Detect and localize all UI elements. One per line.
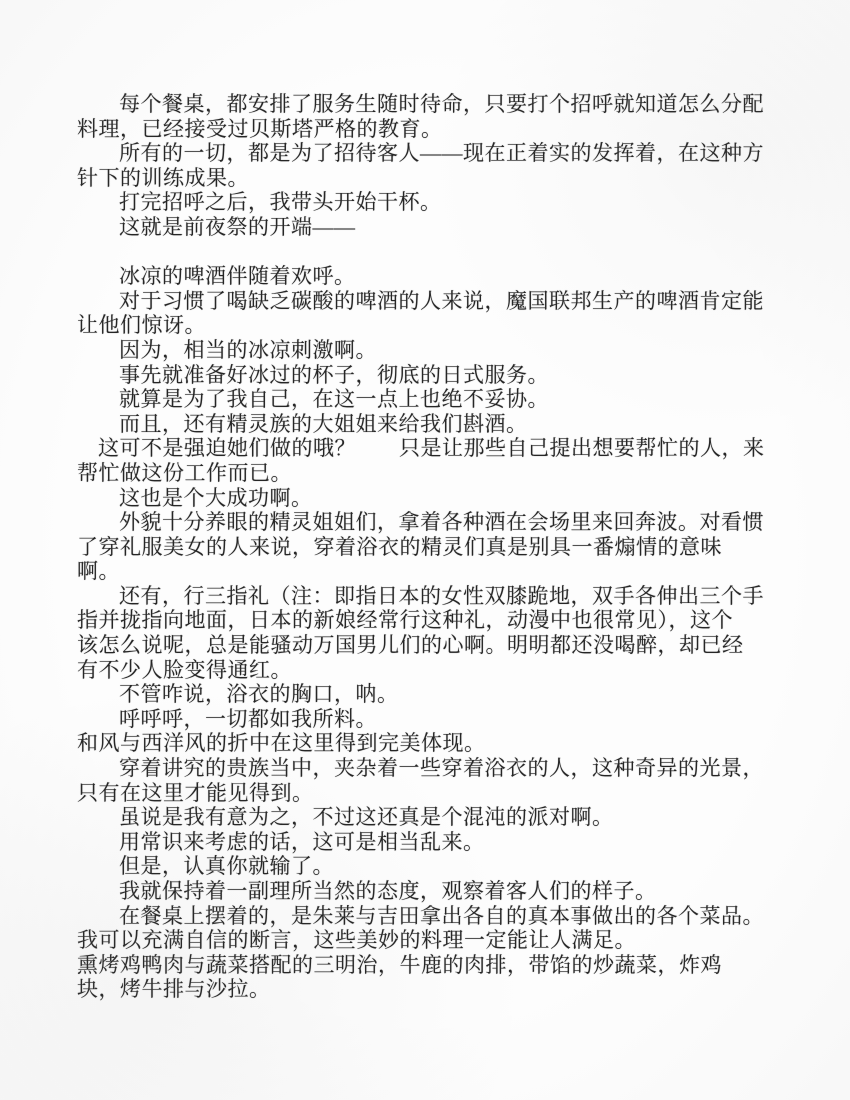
text-line: 料理，已经接受过贝斯塔严格的教育。 — [77, 117, 777, 142]
text-line: 冰凉的啤酒伴随着欢呼。 — [77, 264, 777, 289]
text-line: 我可以充满自信的断言，这些美妙的料理一定能让人满足。 — [77, 928, 777, 953]
text-line: 了穿礼服美女的人来说，穿着浴衣的精灵们真是别具一番煽情的意味 — [77, 535, 777, 560]
novel-text-column: 每个餐桌，都安排了服务生随时待命，只要打个招呼就知道怎么分配料理，已经接受过贝斯… — [77, 92, 777, 1002]
text-line: 这可不是强迫她们做的哦？ 只是让那些自己提出想要帮忙的人，来 — [77, 436, 777, 461]
text-line: 针下的训练成果。 — [77, 166, 777, 191]
text-line: 该怎么说呢，总是能骚动万国男儿们的心啊。明明都还没喝醉，却已经 — [77, 633, 777, 658]
text-line: 但是，认真你就输了。 — [77, 854, 777, 879]
text-line: 块，烤牛排与沙拉。 — [77, 977, 777, 1002]
text-line: 穿着讲究的贵族当中，夹杂着一些穿着浴衣的人，这种奇异的光景， — [77, 756, 777, 781]
text-line: 帮忙做这份工作而已。 — [77, 461, 777, 486]
text-line: 所有的一切，都是为了招待客人——现在正着实的发挥着，在这种方 — [77, 141, 777, 166]
scanned-page: 每个餐桌，都安排了服务生随时待命，只要打个招呼就知道怎么分配料理，已经接受过贝斯… — [0, 0, 850, 1100]
text-line: 我就保持着一副理所当然的态度，观察着客人们的样子。 — [77, 879, 777, 904]
text-line: 每个餐桌，都安排了服务生随时待命，只要打个招呼就知道怎么分配 — [77, 92, 777, 117]
text-line: 和风与西洋风的折中在这里得到完美体现。 — [77, 731, 777, 756]
text-line: 啊。 — [77, 559, 777, 584]
text-line: 这也是个大成功啊。 — [77, 486, 777, 511]
text-line: 用常识来考虑的话，这可是相当乱来。 — [77, 830, 777, 855]
text-line: 指并拢指向地面，日本的新娘经常行这种礼，动漫中也很常见），这个 — [77, 608, 777, 633]
text-line: 打完招呼之后，我带头开始干杯。 — [77, 190, 777, 215]
text-line: 有不少人脸变得通红。 — [77, 658, 777, 683]
text-line: 这就是前夜祭的开端—— — [77, 215, 777, 240]
text-line: 熏烤鸡鸭肉与蔬菜搭配的三明治，牛鹿的肉排，带馅的炒蔬菜，炸鸡 — [77, 953, 777, 978]
text-line: 只有在这里才能见得到。 — [77, 781, 777, 806]
text-line: 因为，相当的冰凉刺激啊。 — [77, 338, 777, 363]
text-line: 虽说是我有意为之，不过这还真是个混沌的派对啊。 — [77, 805, 777, 830]
text-line: 不管咋说，浴衣的胸口，呐。 — [77, 682, 777, 707]
text-line: 还有，行三指礼（注：即指日本的女性双膝跪地，双手各伸出三个手 — [77, 584, 777, 609]
blank-line — [77, 240, 777, 265]
text-line: 让他们惊讶。 — [77, 313, 777, 338]
text-line: 事先就准备好冰过的杯子，彻底的日式服务。 — [77, 363, 777, 388]
text-line: 就算是为了我自己，在这一点上也绝不妥协。 — [77, 387, 777, 412]
text-line: 外貌十分养眼的精灵姐姐们，拿着各种酒在会场里来回奔波。对看惯 — [77, 510, 777, 535]
text-line: 而且，还有精灵族的大姐姐来给我们斟酒。 — [77, 412, 777, 437]
text-line: 呼呼呼，一切都如我所料。 — [77, 707, 777, 732]
text-line: 对于习惯了喝缺乏碳酸的啤酒的人来说，魔国联邦生产的啤酒肯定能 — [77, 289, 777, 314]
text-line: 在餐桌上摆着的，是朱莱与吉田拿出各自的真本事做出的各个菜品。 — [77, 904, 777, 929]
